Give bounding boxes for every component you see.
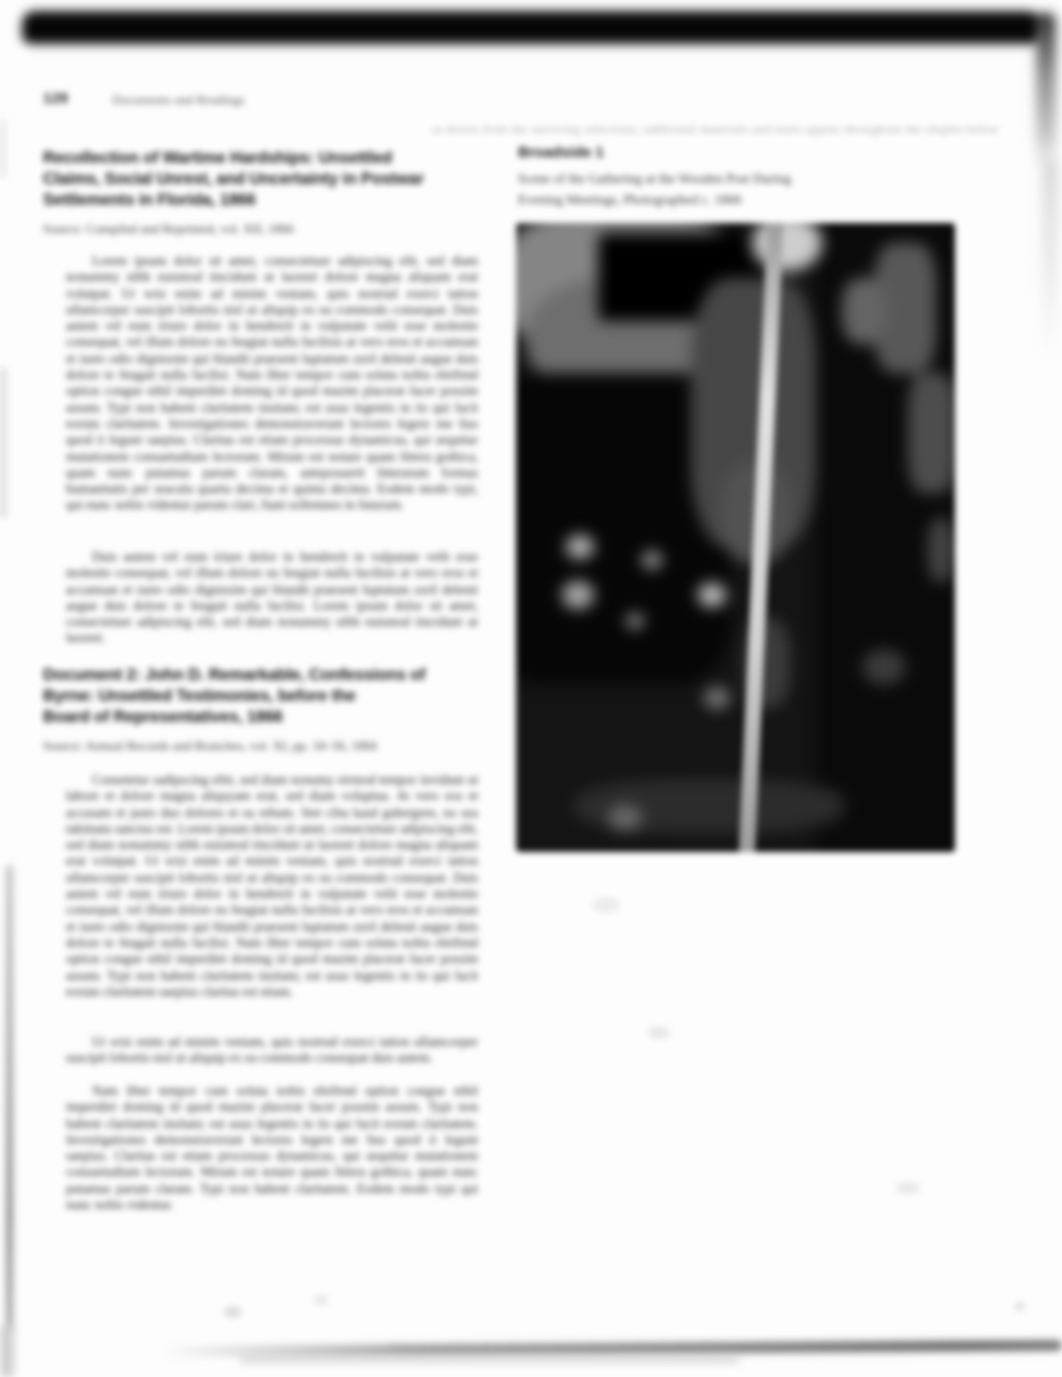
article2-heading-line1: Document 2: John D. Remarkable, Confessi… <box>43 665 488 686</box>
photo-texture-blob <box>626 613 644 629</box>
article2-paragraph-1: Consetetur sadipscing elitr, sed diam no… <box>66 772 478 1030</box>
right-edge-scan-shadow-faint <box>1044 160 1056 360</box>
historical-photo-figure <box>516 223 955 852</box>
article1-byline: Source: Compiled and Reprinted, vol. XII… <box>43 221 348 237</box>
article1-heading-line2: Claims, Social Unrest, and Uncertainty i… <box>43 169 488 190</box>
photo-texture-blob <box>608 805 642 831</box>
article1-heading-line3: Settlements in Florida, 1866 <box>43 190 488 211</box>
paper-speck <box>314 1295 328 1305</box>
article1-paragraph-1: Lorem ipsum dolor sit amet, consectetuer… <box>66 253 478 545</box>
paper-speck <box>1014 1302 1025 1311</box>
figure-caption-line1: Scene of the Gathering at the Wooden Pos… <box>518 171 878 187</box>
photo-texture-blob <box>704 687 730 709</box>
article1-heading: Recollection of Wartime Hardships: Unset… <box>43 148 488 211</box>
running-head: Documents and Readings <box>112 92 312 108</box>
bottom-left-corner-smudge <box>0 1325 14 1377</box>
figure-heading: Broadside 1 <box>518 144 604 161</box>
photo-texture-blob <box>908 373 955 493</box>
article2-paragraph-3: Nam liber tempor cum soluta nobis eleife… <box>66 1083 478 1231</box>
photo-texture-blob <box>862 649 906 685</box>
article1-heading-line1: Recollection of Wartime Hardships: Unset… <box>43 148 488 169</box>
photo-texture-blob <box>642 551 662 569</box>
scanned-book-page: 128 Documents and Readings as drawn from… <box>0 0 1062 1377</box>
paper-speck <box>648 1026 670 1039</box>
page-number: 128 <box>43 90 68 107</box>
photo-texture-blob <box>698 583 726 607</box>
left-edge-artifact-top <box>0 120 5 178</box>
page-bottom-scan-shadow-faint <box>240 1357 740 1363</box>
paper-speck <box>896 1181 920 1195</box>
photo-texture-blob <box>842 278 886 344</box>
right-column-overline-text: as drawn from the surviving selections, … <box>432 122 1044 137</box>
left-edge-binding-line <box>6 865 13 1333</box>
page-bottom-scan-shadow <box>160 1340 1062 1357</box>
scan-blur-layer: 128 Documents and Readings as drawn from… <box>0 0 1062 1377</box>
paper-speck <box>592 897 620 913</box>
scanner-black-bar <box>22 11 1045 44</box>
photo-texture-blob <box>928 518 954 582</box>
article2-heading-line2: Byrne: Unsettled Testimonies, before the <box>43 686 488 707</box>
article1-paragraph-2: Duis autem vel eum iriure dolor in hendr… <box>66 549 478 645</box>
figure-caption-line2: Evening Meetings, Photographed c. 1866 <box>518 192 758 208</box>
left-edge-artifact <box>0 368 6 518</box>
article2-byline: Source: Annual Records and Branches, vol… <box>43 738 403 754</box>
photo-texture-blob <box>566 535 594 559</box>
photo-texture-blob <box>562 581 594 609</box>
paper-speck <box>224 1306 242 1318</box>
article2-heading-line3: Board of Representatives, 1866 <box>43 707 488 728</box>
right-edge-scan-shadow <box>1036 12 1056 172</box>
photo-texture-layer <box>516 223 955 852</box>
article2-heading: Document 2: John D. Remarkable, Confessi… <box>43 665 488 728</box>
article2-paragraph-2: Ut wisi enim ad minim veniam, quis nostr… <box>66 1034 478 1069</box>
